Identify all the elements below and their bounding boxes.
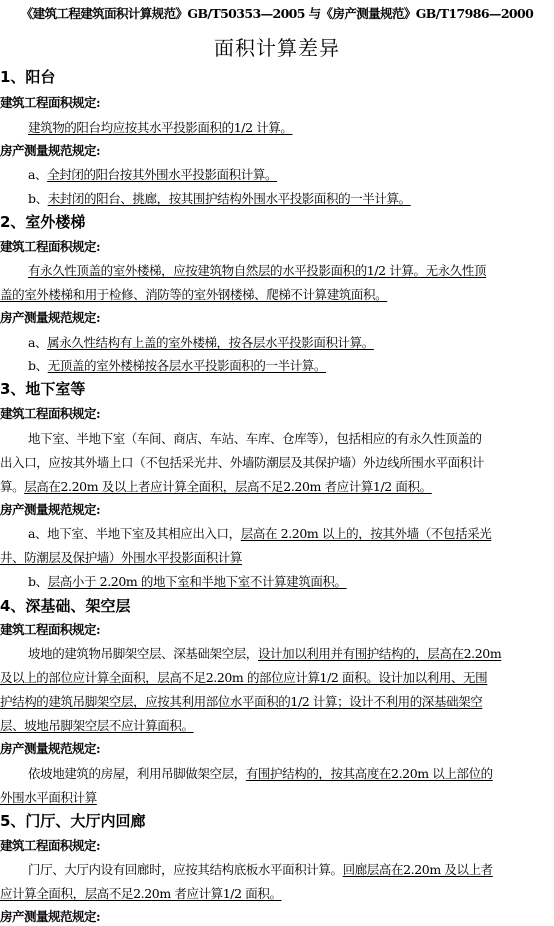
rule-line: 地下室、半地下室（车间、商店、车站、车库、仓库等），包括相应的有永久性顶盖的 <box>0 429 554 447</box>
rule-line: 出入口，应按其外墙上口（不包括采光井、外墙防潮层及其保护墙）外边线所围水平面积计 <box>0 453 554 471</box>
rule-line: 及以上的部位应计算全面积，层高不足2.20m 的部位应计算1/2 面积。设计加以… <box>0 668 554 686</box>
rule-line: 依坡地建筑的房屋，利用吊脚做架空层，有围护结构的，按其高度在2.20m 以上部位… <box>0 764 554 782</box>
rule-line: 盖的室外楼梯和用于检修、消防等的室外钢楼梯、爬梯不计算建筑面积。 <box>0 285 554 303</box>
rule-line: 层、坡地吊脚架空层不应计算面积。 <box>0 716 554 734</box>
section-heading: 2、室外楼梯 <box>0 211 554 232</box>
rule-line: 建筑物的阳台均应按其水平投影面积的1/2 计算。 <box>0 118 554 136</box>
section-heading: 1、阳台 <box>0 66 554 87</box>
survey-rule-label: 房产测量规范规定: <box>0 308 554 326</box>
rule-line: 算。层高在2.20m 及以上者应计算全面积，层高不足2.20m 者应计算1/2 … <box>0 477 554 495</box>
survey-rule-label: 房产测量规范规定: <box>0 739 554 757</box>
section-heading: 3、地下室等 <box>0 378 554 399</box>
rule-line: 坡地的建筑物吊脚架空层、深基础架空层，设计加以利用并有围护结构的，层高在2.20… <box>0 644 554 662</box>
document-title: 面积计算差异 <box>0 32 554 61</box>
rule-line: a、全封闭的阳台按其外围水平投影面积计算。 <box>0 165 554 183</box>
survey-rule-label: 房产测量规范规定: <box>0 907 554 925</box>
construction-rule-label: 建筑工程面积规定: <box>0 836 554 854</box>
rule-line: b、层高小于 2.20m 的地下室和半地下室不计算建筑面积。 <box>0 572 554 590</box>
rule-line: 门厅、大厅内设有回廊时，应按其结构底板水平面积计算。回廊层高在2.20m 及以上… <box>0 860 554 878</box>
rule-line: b、无顶盖的室外楼梯按各层水平投影面积的一半计算。 <box>0 356 554 374</box>
rule-line: 井、防潮层及保护墙）外围水平投影面积计算 <box>0 548 554 566</box>
survey-rule-label: 房产测量规范规定: <box>0 141 554 159</box>
rule-line: 外围水平面积计算 <box>0 788 554 806</box>
construction-rule-label: 建筑工程面积规定: <box>0 620 554 638</box>
section-heading: 5、门厅、大厅内回廊 <box>0 810 554 831</box>
rule-line: 应计算全面积，层高不足2.20m 者应计算1/2 面积。 <box>0 884 554 902</box>
survey-rule-label: 房产测量规范规定: <box>0 500 554 518</box>
rule-line: 护结构的建筑吊脚架空层，应按其利用部位水平面积的1/2 计算；设计不利用的深基础… <box>0 692 554 710</box>
construction-rule-label: 建筑工程面积规定: <box>0 404 554 422</box>
rule-line: 有永久性顶盖的室外楼梯，应按建筑物自然层的水平投影面积的1/2 计算。无永久性顶 <box>0 261 554 279</box>
construction-rule-label: 建筑工程面积规定: <box>0 237 554 255</box>
section-heading: 4、深基础、架空层 <box>0 595 554 616</box>
construction-rule-label: 建筑工程面积规定: <box>0 93 554 111</box>
rule-line: a、属永久性结构有上盖的室外楼梯，按各层水平投影面积计算。 <box>0 333 554 351</box>
rule-line: a、地下室、半地下室及其相应出入口，层高在 2.20m 以上的，按其外墙（不包括… <box>0 524 554 542</box>
document-header: 《建筑工程建筑面积计算规范》GB/T50353—2005 与《房产测量规范》GB… <box>0 4 554 22</box>
rule-line: b、未封闭的阳台、挑廊，按其围护结构外围水平投影面积的一半计算。 <box>0 189 554 207</box>
